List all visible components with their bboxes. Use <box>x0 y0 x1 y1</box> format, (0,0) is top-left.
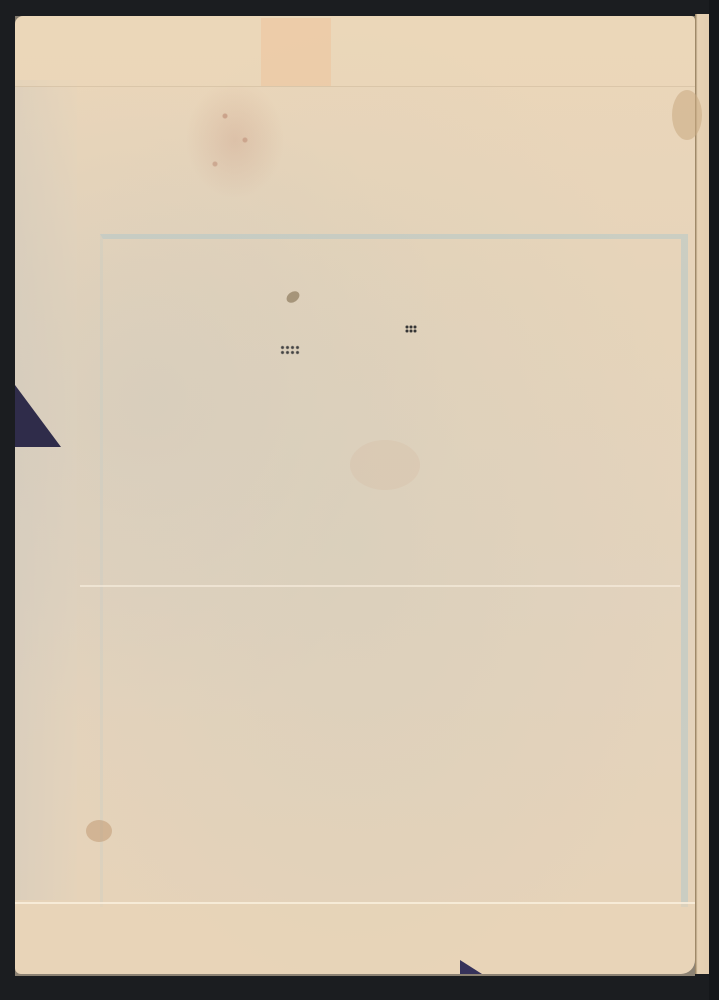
book-spine-shadow <box>709 0 719 1000</box>
stamp-bleed-through <box>185 80 285 200</box>
left-margin-strip <box>15 80 77 900</box>
foxing-stain <box>86 820 112 842</box>
paper-repair-patch <box>261 18 331 86</box>
top-margin-band <box>15 16 695 87</box>
foxing-stain <box>672 90 702 140</box>
adjacent-page-edge <box>695 14 709 974</box>
corner-tab-left <box>15 385 61 447</box>
ink-specks <box>405 325 417 333</box>
foxing-stain <box>350 440 420 490</box>
ink-specks <box>280 345 300 355</box>
paper-crease <box>80 585 680 587</box>
bottom-margin-band <box>15 902 695 976</box>
ink-frame-border <box>100 234 688 907</box>
